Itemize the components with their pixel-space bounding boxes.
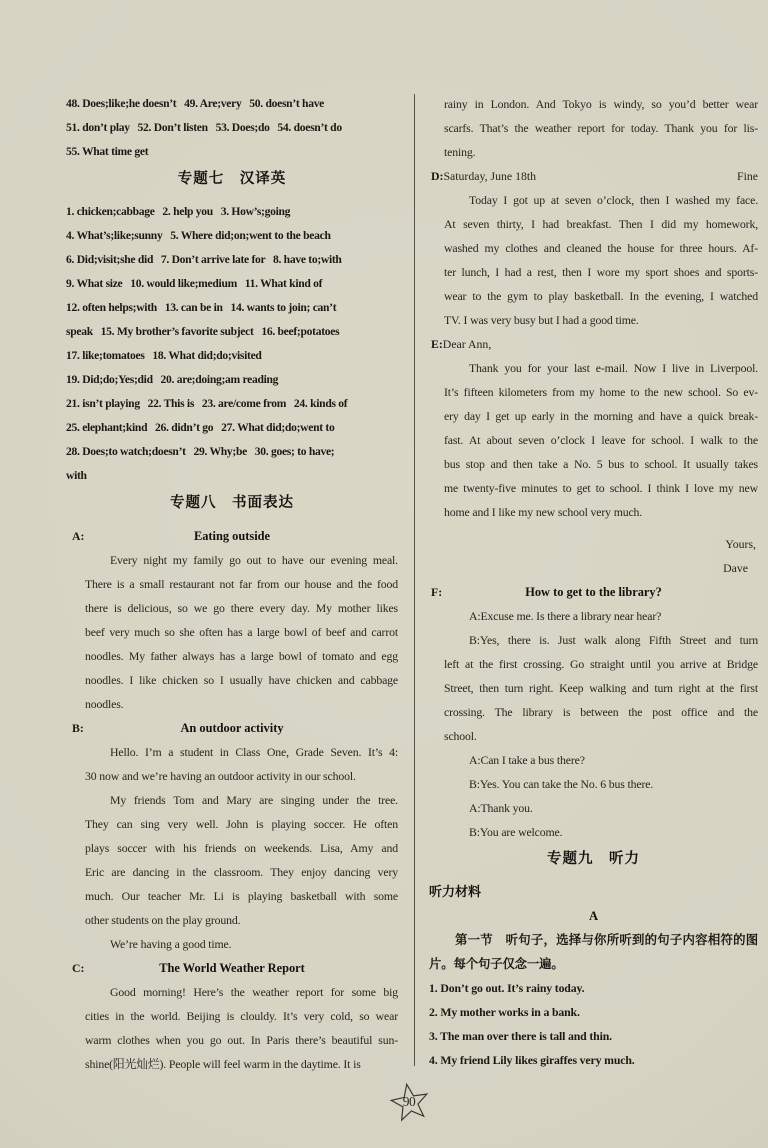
listening-items: 1. Don’t go out. It’s rainy today.2. My … <box>429 976 758 1072</box>
listening-material-header: 听力材料 <box>429 880 758 904</box>
text-line: 19. Did;do;Yes;did 20. are;doing;am read… <box>66 368 398 392</box>
text-line: 12. often helps;with 13. can be in 14. w… <box>66 296 398 320</box>
text-line: We’re having a good time. <box>85 932 398 956</box>
paragraph: My friends Tom and Mary are singing unde… <box>85 788 398 932</box>
essay-b-label: B: <box>72 716 84 740</box>
text-line: 2. My mother works in a bank. <box>429 1000 758 1024</box>
text-line: noodles. <box>85 692 398 716</box>
text-line: cities in the world. Beijing is clouldy.… <box>85 1004 398 1028</box>
page-number: 90 <box>388 1094 430 1110</box>
text-line: Hello. I’m a student in Class One, Grade… <box>85 740 398 764</box>
paragraph: Every night my family go out to have our… <box>85 548 398 716</box>
text-line: 48. Does;like;he doesn’t 49. Are;very 50… <box>66 92 398 116</box>
essay-a-title: Eating outside <box>66 524 398 548</box>
page-number-star: 90 <box>388 1083 434 1125</box>
paragraph: Hello. I’m a student in Class One, Grade… <box>85 740 398 788</box>
dialogue-line: A:Thank you. <box>444 796 758 820</box>
part-a-marker: A <box>429 904 758 928</box>
essay-a-label: A: <box>72 524 84 548</box>
essay-b-body: Hello. I’m a student in Class One, Grade… <box>85 740 398 956</box>
text-line: My friends Tom and Mary are singing unde… <box>85 788 398 812</box>
text-line: 51. don’t play 52. Don’t listen 53. Does… <box>66 116 398 140</box>
essay-a-body: Every night my family go out to have our… <box>85 548 398 716</box>
text-line: plays soccer with his friends on weekend… <box>85 836 398 860</box>
dialogue-line: B:Yes. You can take the No. 6 bus there. <box>444 772 758 796</box>
letter-signer: Dave <box>429 556 758 580</box>
text-line: fast. At about seven o’clock I leave for… <box>444 428 758 452</box>
essay-d-body: Today I got up at seven o’clock, then I … <box>444 188 758 332</box>
text-line: me twenty-five minutes to get to school.… <box>444 476 758 500</box>
text-line: school. <box>444 724 758 748</box>
text-line: home and I like my new school very much. <box>444 500 758 524</box>
text-line: rainy in London. And Tokyo is windy, so … <box>444 92 758 116</box>
paragraph: 第一节 听句子，选择与你所听到的句子内容相符的图片。每个句子仅念一遍。 <box>429 928 758 976</box>
text-line: noodles. I like chicken so I usually hav… <box>85 668 398 692</box>
text-line: A:Can I take a bus there? <box>444 748 758 772</box>
answer-list-48-55: 48. Does;like;he doesn’t 49. Are;very 50… <box>66 92 398 164</box>
essay-e-salutation-row: E:Dear Ann, <box>429 332 758 356</box>
text-line: scarfs. That’s the weather report for to… <box>444 116 758 140</box>
text-line: Street, then turn right. Keep walking an… <box>444 676 758 700</box>
text-line: there is delicious, so we go there every… <box>85 596 398 620</box>
text-line: They can sing very well. John is playing… <box>85 812 398 836</box>
dialogue-line: B:Yes, there is. Just walk along Fifth S… <box>444 628 758 748</box>
text-line: 第一节 听句子，选择与你所听到的句子内容相符的图 <box>429 928 758 952</box>
paragraph: We’re having a good time. <box>85 932 398 956</box>
section-heading-topic7: 专题七 汉译英 <box>66 167 398 191</box>
text-line: 4. What’s;like;sunny 5. Where did;on;wen… <box>66 224 398 248</box>
text-line: 片。每个句子仅念一遍。 <box>429 952 758 976</box>
essay-c-title: The World Weather Report <box>66 956 398 980</box>
essay-c-title-row: C: The World Weather Report <box>66 956 398 980</box>
text-line: crossing. The library is between the pos… <box>444 700 758 724</box>
letter-closing: Yours, <box>429 532 758 556</box>
text-line: 30 now and we’re having an outdoor activ… <box>85 764 398 788</box>
text-line: ter lunch, I had a rest, then I wore my … <box>444 260 758 284</box>
letter-signature: Yours, Dave <box>429 532 758 580</box>
essay-e-salutation: Dear Ann, <box>443 337 491 351</box>
text-line: 28. Does;to watch;doesn’t 29. Why;be 30.… <box>66 440 398 464</box>
dialogue-line: A:Can I take a bus there? <box>444 748 758 772</box>
text-line: 1. Don’t go out. It’s rainy today. <box>429 976 758 1000</box>
paragraph: Thank you for your last e-mail. Now I li… <box>444 356 758 524</box>
textbook-answer-page: 48. Does;like;he doesn’t 49. Are;very 50… <box>0 0 768 1148</box>
text-line: tening. <box>444 140 758 164</box>
column-divider <box>414 94 415 1066</box>
text-line: left at the first crossing. Go straight … <box>444 652 758 676</box>
right-column: rainy in London. And Tokyo is windy, so … <box>429 92 758 1072</box>
text-line: beef very much so she often has a large … <box>85 620 398 644</box>
text-line: Today I got up at seven o’clock, then I … <box>444 188 758 212</box>
text-line: bus stop and then take a No. 5 bus to sc… <box>444 452 758 476</box>
text-line: Good morning! Here’s the weather report … <box>85 980 398 1004</box>
text-line: 25. elephant;kind 26. didn’t go 27. What… <box>66 416 398 440</box>
text-line: Thank you for your last e-mail. Now I li… <box>444 356 758 380</box>
essay-c-label: C: <box>72 956 84 980</box>
dialogue-line: A:Excuse me. Is there a library near hea… <box>444 604 758 628</box>
essay-c-body: Good morning! Here’s the weather report … <box>85 980 398 1076</box>
answer-list-1-30: 1. chicken;cabbage 2. help you 3. How’s;… <box>66 200 398 488</box>
paragraph: Good morning! Here’s the weather report … <box>85 980 398 1076</box>
text-line: 3. The man over there is tall and thin. <box>429 1024 758 1048</box>
essay-d-date-row: D: Saturday, June 18th Fine <box>429 164 758 188</box>
essay-c-continuation: rainy in London. And Tokyo is windy, so … <box>444 92 758 164</box>
text-line: ery day I get up early in the morning an… <box>444 404 758 428</box>
essay-d-date: Saturday, June 18th <box>443 164 536 188</box>
text-line: 21. isn’t playing 22. This is 23. are/co… <box>66 392 398 416</box>
text-line: 4. My friend Lily likes giraffes very mu… <box>429 1048 758 1072</box>
essay-f-label: F: <box>431 580 442 604</box>
essay-f-dialogue: A:Excuse me. Is there a library near hea… <box>444 604 758 844</box>
text-line: warm clothes when you go out. In Paris t… <box>85 1028 398 1052</box>
essay-f-title-row: F: How to get to the library? <box>429 580 758 604</box>
essay-e-label: E: <box>431 337 443 351</box>
text-line: A:Excuse me. Is there a library near hea… <box>444 604 758 628</box>
text-line: wear to the gym to play basketball. In t… <box>444 284 758 308</box>
essay-a-title-row: A: Eating outside <box>66 524 398 548</box>
text-line: There is a small restaurant not far from… <box>85 572 398 596</box>
text-line: B:You are welcome. <box>444 820 758 844</box>
paragraph: rainy in London. And Tokyo is windy, so … <box>444 92 758 164</box>
dialogue-line: B:You are welcome. <box>444 820 758 844</box>
text-line: with <box>66 464 398 488</box>
section-heading-topic8: 专题八 书面表达 <box>66 491 398 515</box>
text-line: other students on the play ground. <box>85 908 398 932</box>
text-line: Eric are dancing in the classroom. They … <box>85 860 398 884</box>
text-line: shine(阳光灿烂). People will feel warm in th… <box>85 1052 398 1076</box>
essay-e-body: Thank you for your last e-mail. Now I li… <box>444 356 758 524</box>
essay-f-title: How to get to the library? <box>429 580 758 604</box>
text-line: washed my clothes and cleaned the house … <box>444 236 758 260</box>
section-heading-topic9: 专题九 听力 <box>429 847 758 871</box>
text-line: Every night my family go out to have our… <box>85 548 398 572</box>
text-line: At seven thirty, I had breakfast. Then I… <box>444 212 758 236</box>
essay-d-label: D: <box>431 164 443 188</box>
text-line: It’s fifteen kilometers from my home to … <box>444 380 758 404</box>
text-line: speak 15. My brother’s favorite subject … <box>66 320 398 344</box>
text-line: 9. What size 10. would like;medium 11. W… <box>66 272 398 296</box>
essay-d-weather: Fine <box>737 164 758 188</box>
left-column: 48. Does;like;he doesn’t 49. Are;very 50… <box>66 92 398 1076</box>
text-line: 17. like;tomatoes 18. What did;do;visite… <box>66 344 398 368</box>
text-line: 1. chicken;cabbage 2. help you 3. How’s;… <box>66 200 398 224</box>
text-line: TV. I was very busy but I had a good tim… <box>444 308 758 332</box>
paragraph: Today I got up at seven o’clock, then I … <box>444 188 758 332</box>
essay-b-title-row: B: An outdoor activity <box>66 716 398 740</box>
essay-b-title: An outdoor activity <box>66 716 398 740</box>
text-line: B:Yes, there is. Just walk along Fifth S… <box>444 628 758 652</box>
text-line: 6. Did;visit;she did 7. Don’t arrive lat… <box>66 248 398 272</box>
text-line: B:Yes. You can take the No. 6 bus there. <box>444 772 758 796</box>
text-line: 55. What time get <box>66 140 398 164</box>
text-line: noodles. My father always has a large bo… <box>85 644 398 668</box>
part-a-instructions: 第一节 听句子，选择与你所听到的句子内容相符的图片。每个句子仅念一遍。 <box>429 928 758 976</box>
text-line: much. Our teacher Mr. Li is playing bask… <box>85 884 398 908</box>
text-line: A:Thank you. <box>444 796 758 820</box>
